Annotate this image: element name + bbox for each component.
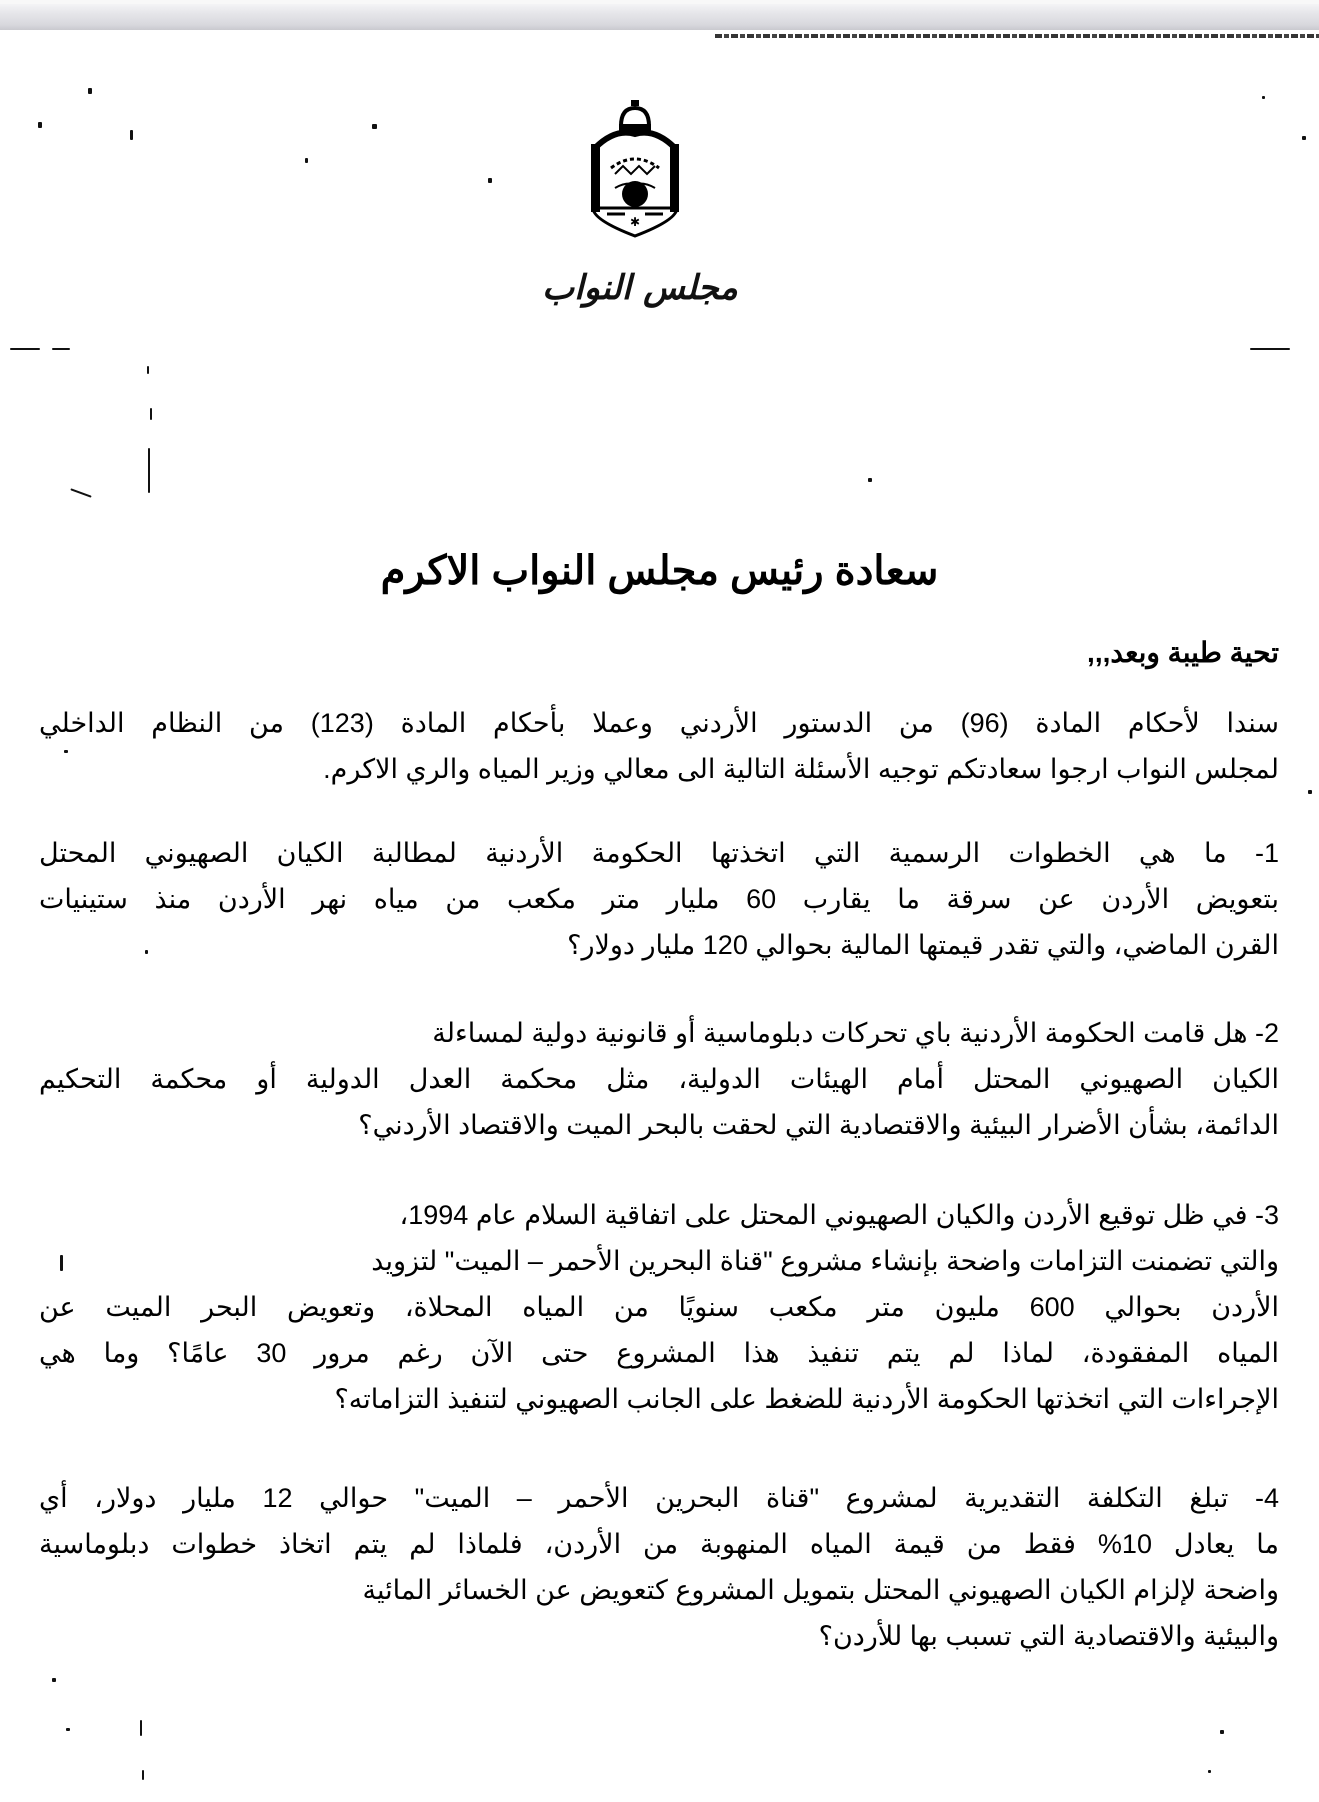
question-line: الدائمة، بشأن الأضرار البيئية والاقتصادي… [39, 1102, 1279, 1148]
scan-speck [372, 124, 377, 129]
viewer-top-bar [0, 0, 1319, 30]
question-line: 2- هل قامت الحكومة الأردنية باي تحركات د… [39, 1010, 1279, 1056]
question-line: الكيان الصهيوني المحتل أمام الهيئات الدو… [39, 1056, 1279, 1102]
scan-speck [140, 1720, 142, 1736]
question-2: 2- هل قامت الحكومة الأردنية باي تحركات د… [39, 1010, 1279, 1148]
question-1: 1- ما هي الخطوات الرسمية التي اتخذتها ال… [39, 830, 1279, 968]
question-line: والبيئية والاقتصادية التي تسبب بها للأرد… [39, 1613, 1279, 1659]
svg-text:✱: ✱ [630, 215, 640, 229]
scan-speck [70, 488, 91, 497]
scan-speck [52, 1678, 56, 1682]
scanned-letter-page: ✱ مجلس النواب سعادة رئيس مجلس النواب الا… [0, 30, 1319, 1802]
scan-speck [148, 448, 150, 493]
scan-speck [66, 1728, 70, 1731]
council-name-calligraphy: مجلس النواب [540, 268, 740, 308]
question-3: 3- في ظل توقيع الأردن والكيان الصهيوني ا… [39, 1192, 1279, 1422]
intro-paragraph: سندا لأحكام المادة (96) من الدستور الأرد… [39, 700, 1279, 792]
question-line: المياه المفقودة، لماذا لم يتم تنفيذ هذا … [39, 1330, 1279, 1376]
scan-speck [150, 408, 152, 420]
intro-line: سندا لأحكام المادة (96) من الدستور الأرد… [39, 700, 1279, 746]
question-line: الأردن بحوالي 600 مليون متر مكعب سنويًا … [39, 1284, 1279, 1330]
question-line: ما يعادل 10% فقط من قيمة المياه المنهوبة… [39, 1521, 1279, 1567]
question-line: 1- ما هي الخطوات الرسمية التي اتخذتها ال… [39, 830, 1279, 876]
question-4: 4- تبلغ التكلفة التقديرية لمشروع "قناة ا… [39, 1475, 1279, 1659]
coat-of-arms-icon: ✱ [585, 98, 685, 238]
scan-speck [1220, 1730, 1224, 1734]
question-line: 3- في ظل توقيع الأردن والكيان الصهيوني ا… [39, 1192, 1279, 1238]
scan-speck [868, 478, 872, 482]
question-line: الإجراءات التي اتخذتها الحكومة الأردنية … [39, 1376, 1279, 1422]
scan-noise [715, 34, 1319, 38]
scan-speck [1250, 348, 1290, 350]
question-line: 4- تبلغ التكلفة التقديرية لمشروع "قناة ا… [39, 1475, 1279, 1521]
scan-speck [88, 88, 92, 94]
scan-speck [1262, 96, 1265, 99]
question-line: القرن الماضي، والتي تقدر قيمتها المالية … [39, 922, 1279, 968]
intro-line: لمجلس النواب ارجوا سعادتكم توجيه الأسئلة… [39, 746, 1279, 792]
document-title: سعادة رئيس مجلس النواب الاكرم [0, 548, 1319, 594]
question-line: واضحة لإلزام الكيان الصهيوني المحتل بتمو… [39, 1567, 1279, 1613]
scan-speck [130, 130, 133, 140]
question-line: والتي تضمنت التزامات واضحة بإنشاء مشروع … [39, 1238, 1279, 1284]
scan-speck [142, 1770, 144, 1780]
greeting: تحية طيبة وبعد,,, [39, 630, 1279, 676]
scan-speck [147, 366, 149, 374]
scan-speck [1208, 1770, 1211, 1773]
scan-speck [488, 178, 492, 183]
question-line: بتعويض الأردن عن سرقة ما يقارب 60 مليار … [39, 876, 1279, 922]
scan-speck [305, 158, 308, 163]
scan-speck [1302, 136, 1306, 140]
scan-speck [1308, 790, 1312, 794]
scan-speck [10, 348, 40, 350]
scan-speck [52, 348, 70, 350]
scan-speck [38, 122, 42, 128]
